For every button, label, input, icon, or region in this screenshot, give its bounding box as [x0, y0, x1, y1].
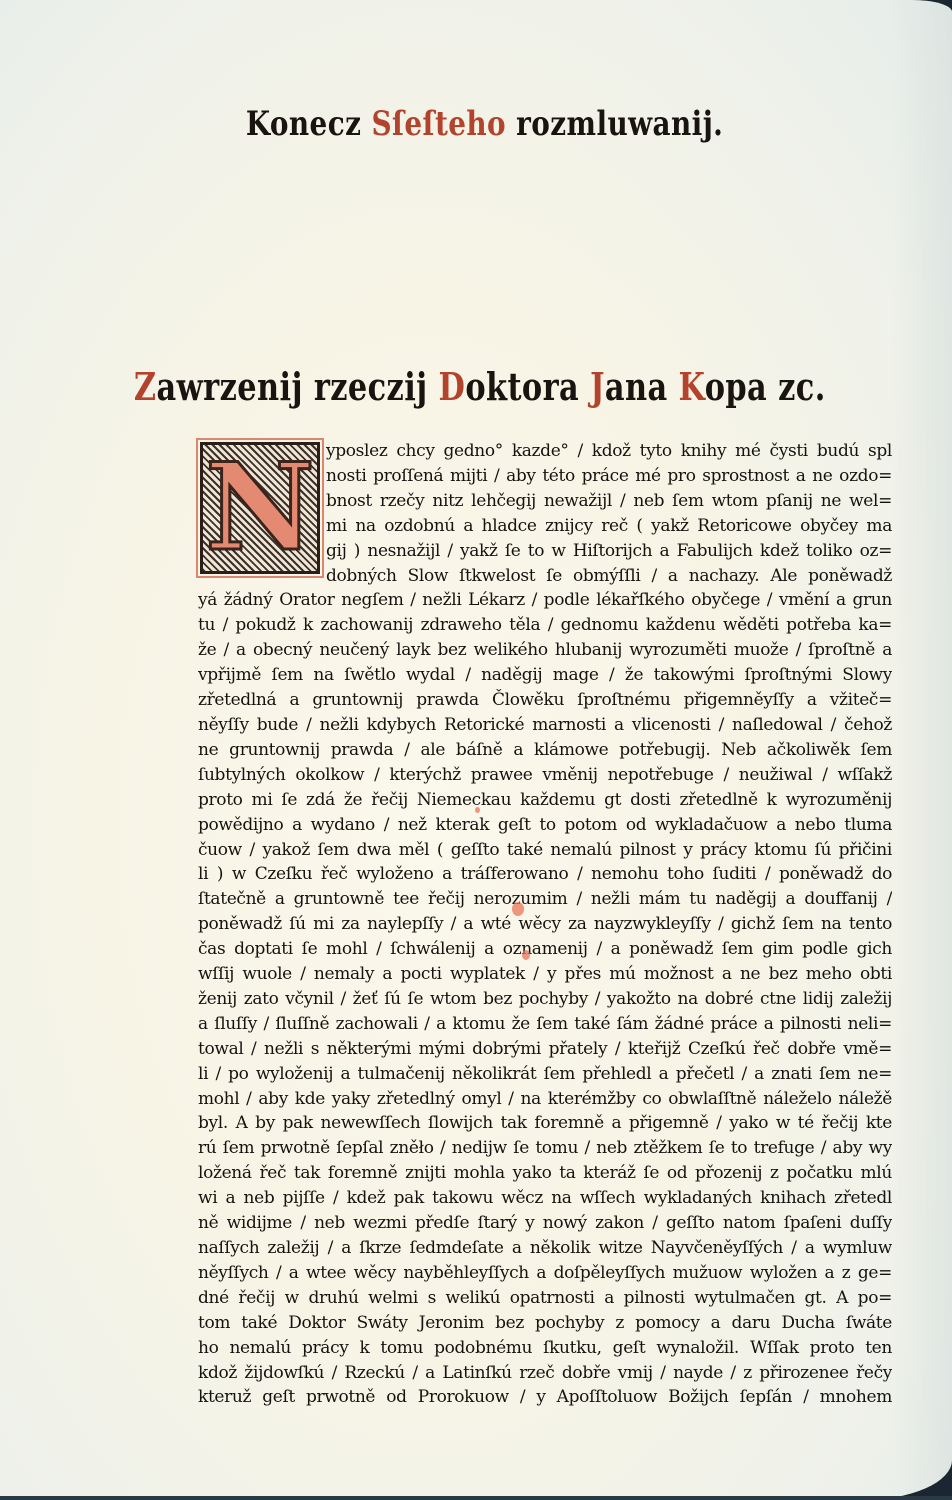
text-line: ſtatečně a gruntowně tee řečij nerozumim…	[198, 887, 892, 912]
heading-initial: Z	[134, 364, 157, 409]
text-line: zřetedlná a gruntownij prawda Člowěku ſp…	[198, 688, 892, 713]
text-line: ho nemalú prácy k tomu podobnému ſkutku,…	[198, 1336, 892, 1361]
book-page: Konecz Sſeſteho rozmluwanij. Zawrzenij r…	[0, 0, 952, 1500]
heading-word: Konecz	[246, 104, 372, 144]
text-line: li ) w Czeſku řeč wyloženo a tráſferowan…	[198, 862, 892, 887]
heading-word: opa zc.	[705, 364, 826, 409]
text-line: něyſſy bude / nežli kdybych Retorické ma…	[198, 713, 892, 738]
conclusion-heading: Zawrzenij rzeczij Doktora Jana Kopa zc.	[99, 364, 861, 409]
text-line: vpřijmě ſem na ſwětlo wydal / naděgij ma…	[198, 663, 892, 688]
text-line: tu / pokudž k zachowanij zdraweho těla /…	[198, 613, 892, 638]
text-line: dné řečij w druhú welmi s welikú opatrno…	[198, 1286, 892, 1311]
text-line: nosti proſſená mijti / aby této práce mé…	[198, 464, 892, 489]
text-line: čas doptati ſe mohl / ſchwálenij a oznam…	[198, 937, 892, 962]
text-line: bnost rzečy nitz lehčegij newažijl / neb…	[198, 489, 892, 514]
heading-initial: K	[679, 364, 705, 409]
text-line: wi a neb pijſſe / kdež pak takowu wěcz n…	[198, 1186, 892, 1211]
text-line: něyſſych / a wtee wěcy nayběhleyſſych a …	[198, 1261, 892, 1286]
ink-stain	[475, 807, 480, 813]
section-end-heading: Konecz Sſeſteho rozmluwanij.	[94, 104, 875, 144]
text-line: gij ) nesnažijl / yakž ſe to w Hiſtorijc…	[198, 539, 892, 564]
heading-word: rozmluwanij.	[506, 104, 723, 144]
text-line: čuow / yakož ſem dwa měl ( geſſto také n…	[198, 838, 892, 863]
text-line: ne gruntownij prawda / ale báſně a klámo…	[198, 738, 892, 763]
text-line: dobných Slow ſtkwelost ſe obmýſſli / a n…	[198, 564, 892, 589]
heading-word-rubricated: Sſeſteho	[371, 104, 506, 144]
text-line: powědijno a wydano / než kterak geſt to …	[198, 813, 892, 838]
heading-word: awrzenij rzeczij	[157, 364, 439, 409]
text-line: naſſych zaležij / a ſkrze ſedmdeſate a n…	[198, 1236, 892, 1261]
text-line: rú ſem prwotně ſepſal zněło / nedijw ſe …	[198, 1136, 892, 1161]
text-line: kteruž geſt prwotně od Prorokuow / y Apo…	[198, 1385, 892, 1410]
text-line: kdož žijdowſkú / Rzeckú / a Latinſkú rze…	[198, 1361, 892, 1386]
heading-word: ana	[605, 364, 679, 409]
text-line: mohl / aby kde yaky zřetedlný omyl / na …	[198, 1087, 892, 1112]
text-line: poněwadž ſú mi za naylepſſy / a wté wěcy…	[198, 912, 892, 937]
text-line: tom také Doktor Swáty Jeronim bez pochyb…	[198, 1311, 892, 1336]
text-line: yposlez chcy gedno° kazde° / kdož tyto k…	[198, 439, 892, 464]
ink-stain	[522, 950, 530, 960]
text-line: li / po wyloženij a tulmačenij několikrá…	[198, 1062, 892, 1087]
heading-initial: J	[590, 364, 605, 409]
page-edge-shadow	[0, 1496, 952, 1500]
heading-word: oktora	[465, 364, 590, 409]
text-line: byl. A by pak newewſſech ſlowijch tak fo…	[198, 1111, 892, 1136]
text-line: yá žádný Orator negſem / nežli Lékarz / …	[198, 588, 892, 613]
text-line: ložená řeč tak foremně znijti mohla yako…	[198, 1161, 892, 1186]
text-line: wſſij wuole / nemaly a pocti wyplatek / …	[198, 962, 892, 987]
text-line: proto mi ſe zdá že řečij Niemeckau každe…	[198, 788, 892, 813]
text-line: že / a obecný neučený layk bez welikého …	[198, 638, 892, 663]
text-line: towal / nežli s některými mými dobrými p…	[198, 1037, 892, 1062]
ink-stain	[512, 902, 524, 916]
text-line: ženij zato včynil / žeť ſú ſe wtom bez p…	[198, 987, 892, 1012]
text-line: ſubtylných okolkow / kterýchž prawee vmě…	[198, 763, 892, 788]
body-text-block: yposlez chcy gedno° kazde° / kdož tyto k…	[198, 439, 892, 1410]
text-line: a ſluſſy / ſluſſně zachowali / a ktomu ž…	[198, 1012, 892, 1037]
heading-initial: D	[439, 364, 466, 409]
text-line: ně widijme / neb wezmi předſe ſtarý y no…	[198, 1211, 892, 1236]
text-line: mi na ozdobnú a hladce znijcy reč ( yakž…	[198, 514, 892, 539]
